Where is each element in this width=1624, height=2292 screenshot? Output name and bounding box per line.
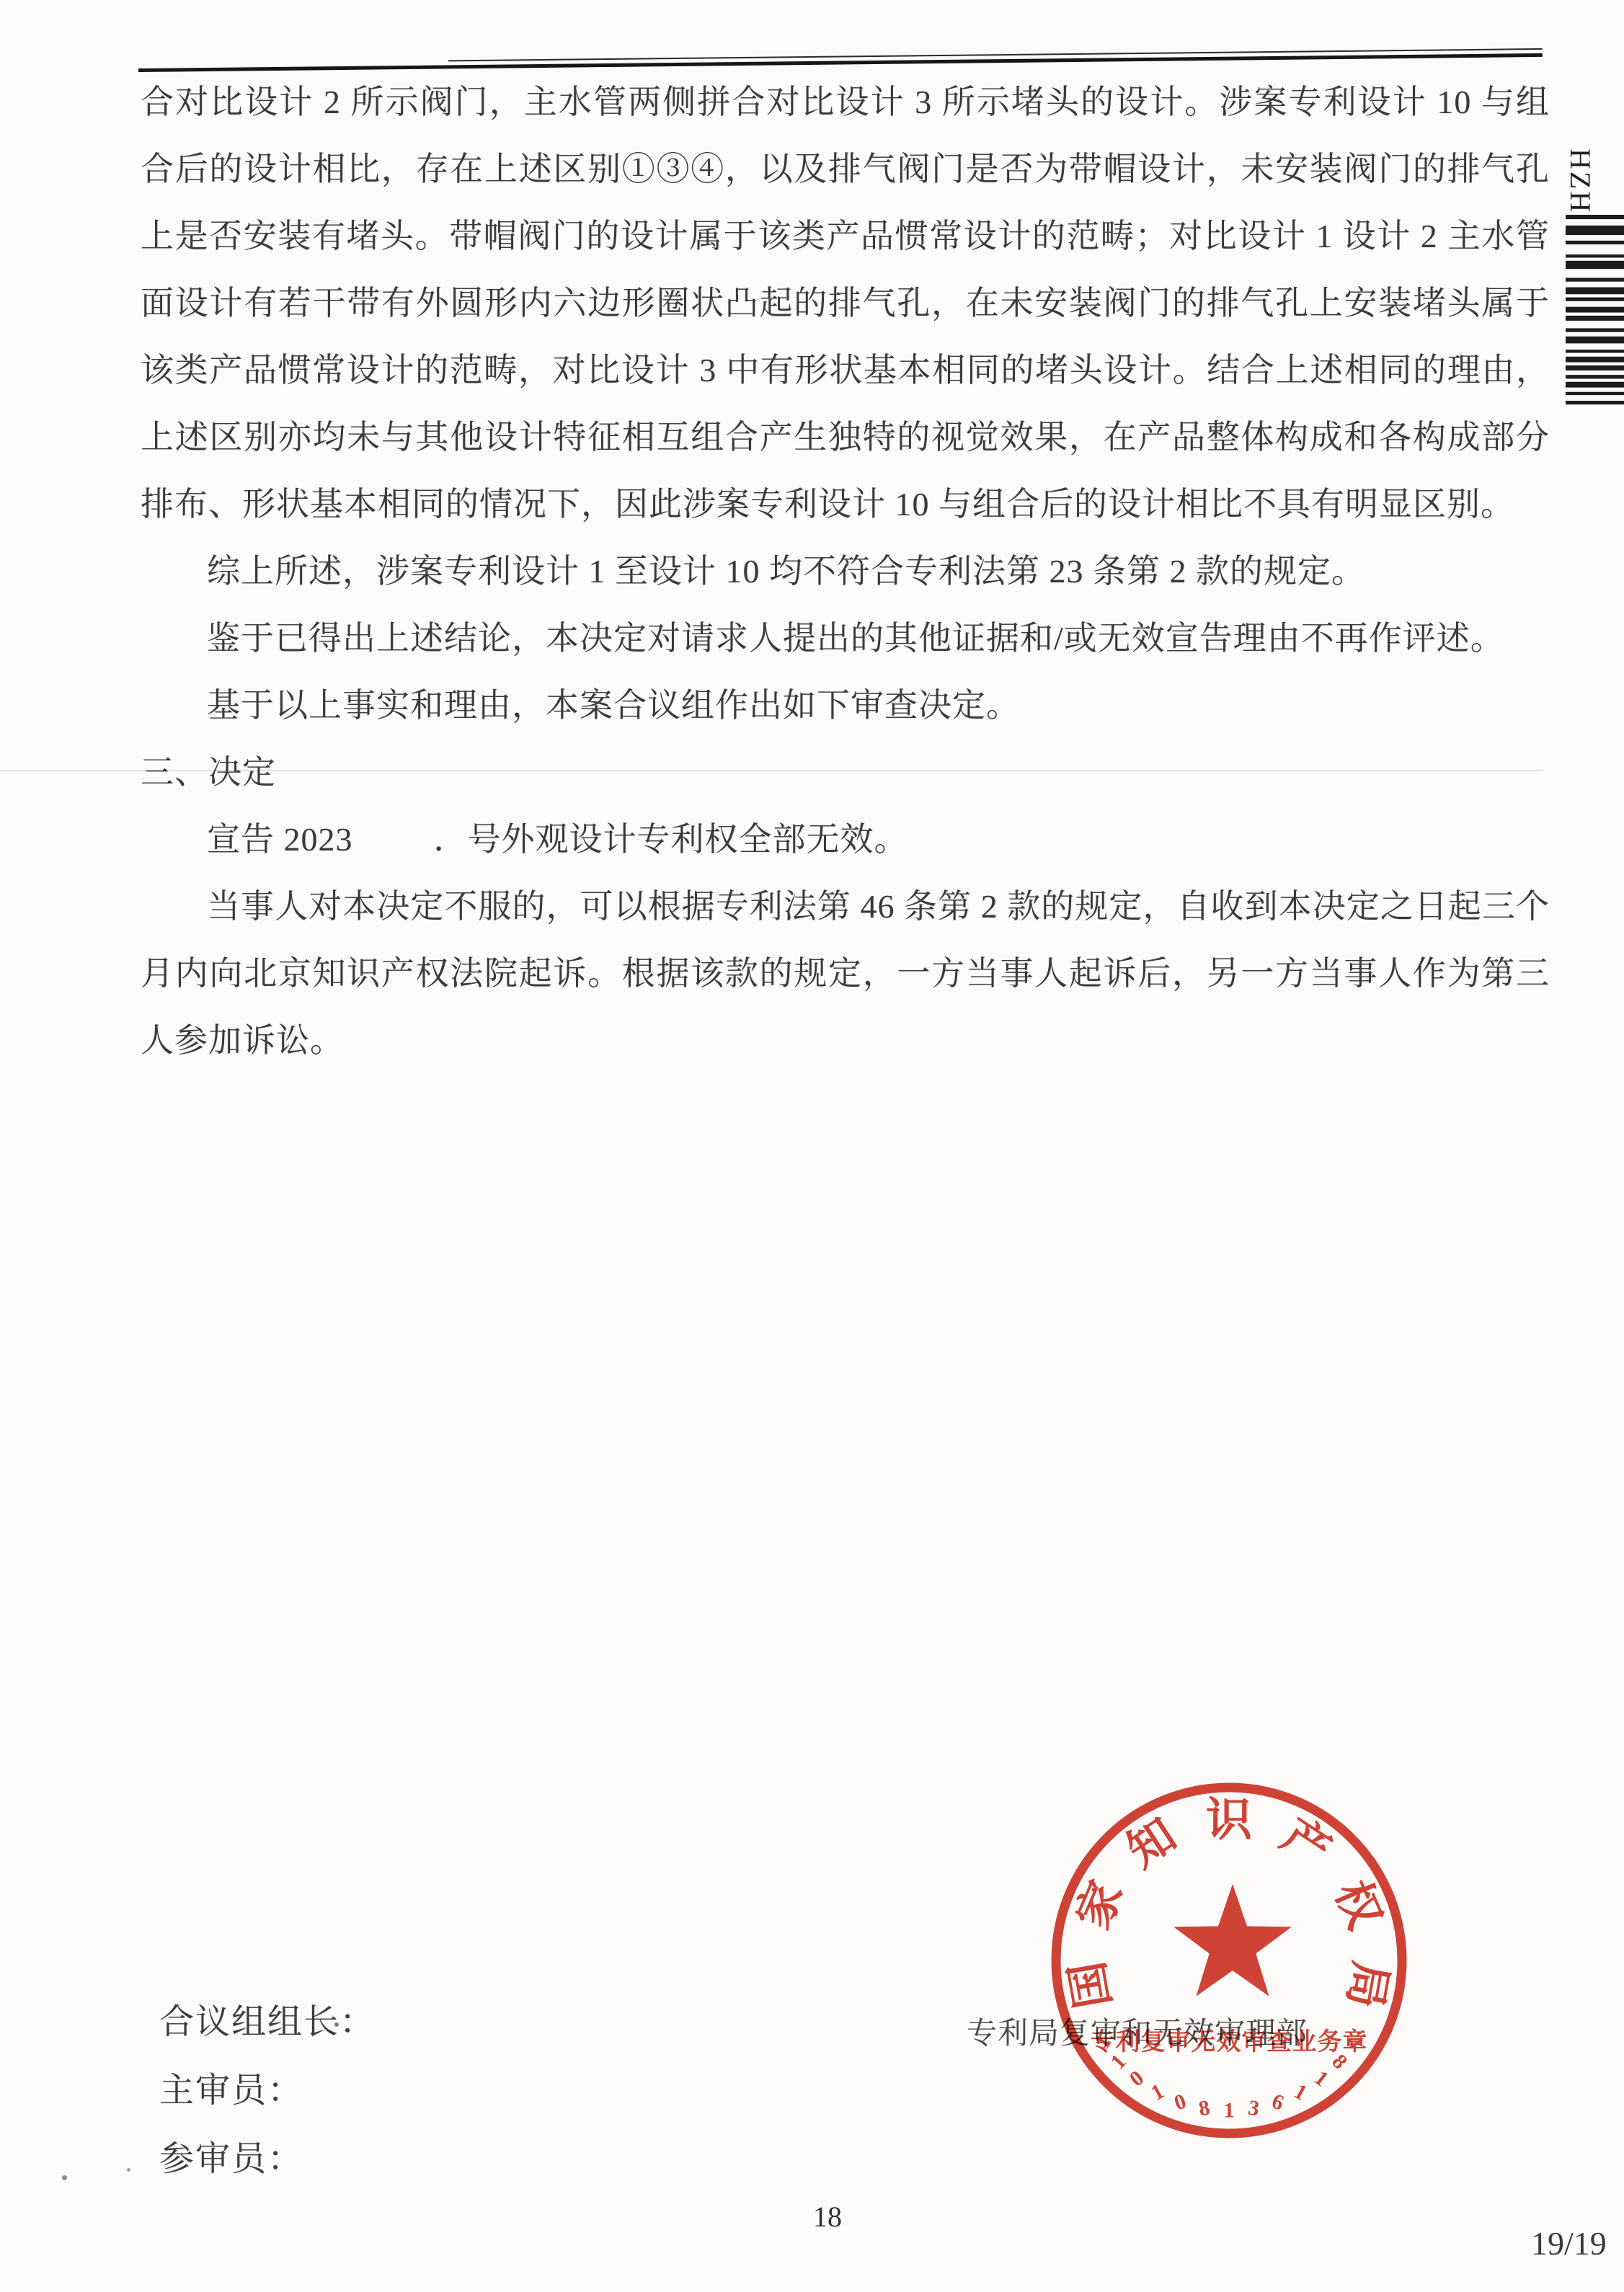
seal-business-text: 专利复审无效审查业务章	[1091, 2027, 1368, 2056]
svg-text:0: 0	[1125, 2066, 1148, 2091]
co-examiner-label: 参审员：	[159, 2125, 376, 2193]
page-number: 18	[813, 2200, 842, 2234]
svg-text:国: 国	[1061, 1958, 1119, 2012]
page-index: 19/19	[1531, 2224, 1607, 2262]
scanned-page: HZH 合对比设计 2 所示阀门，主水管两侧拼合对比设计 3 所示堵头的设计。涉…	[0, 0, 1624, 2292]
margin-scanner-code: HZH	[1563, 148, 1597, 214]
svg-text:1: 1	[1147, 2079, 1168, 2105]
svg-text:识: 识	[1206, 1795, 1254, 1846]
primary-examiner-label: 主审员：	[159, 2056, 376, 2125]
decision-prefix: 宣告 2023	[207, 821, 353, 858]
seal-star-icon	[1173, 1884, 1292, 1996]
scan-speck	[62, 2175, 67, 2180]
svg-text:1: 1	[1310, 2066, 1333, 2091]
svg-text:6: 6	[1269, 2089, 1287, 2115]
signature-block: 合议组组长： 主审员： 参审员：	[159, 1988, 376, 2193]
svg-text:3: 3	[1246, 2096, 1261, 2121]
svg-text:1: 1	[1224, 2099, 1235, 2123]
body-paragraph: 合对比设计 2 所示阀门，主水管两侧拼合对比设计 3 所示堵头的设计。涉案专利设…	[141, 68, 1550, 538]
svg-text:局: 局	[1338, 1958, 1396, 2012]
barcode	[1566, 215, 1624, 411]
svg-text:1: 1	[1290, 2079, 1311, 2105]
svg-text:0: 0	[1171, 2089, 1189, 2115]
scan-speck	[127, 2168, 130, 2172]
panel-head-label: 合议组组长：	[159, 1988, 376, 2056]
body-paragraph: 基于以上事实和理由，本案合议组作出如下审查决定。	[141, 672, 1550, 739]
body-paragraph: 当事人对本决定不服的，可以根据专利法第 46 条第 2 款的规定，自收到本决定之…	[141, 873, 1550, 1074]
decision-suffix: ．号外观设计专利权全部无效。	[434, 821, 908, 858]
decision-line: 宣告 2023．号外观设计专利权全部无效。	[141, 806, 1550, 873]
scan-speck	[334, 2022, 339, 2027]
body-paragraph: 综上所述，涉案专利设计 1 至设计 10 均不符合专利法第 23 条第 2 款的…	[141, 538, 1550, 605]
official-seal: 国家知识产权局 专利复审无效审查业务章 1101081361184	[1038, 1769, 1420, 2151]
svg-text:8: 8	[1197, 2096, 1212, 2121]
document-body: 合对比设计 2 所示阀门，主水管两侧拼合对比设计 3 所示堵头的设计。涉案专利设…	[141, 68, 1550, 1074]
body-paragraph: 鉴于已得出上述结论，本决定对请求人提出的其他证据和/或无效宣告理由不再作评述。	[141, 605, 1550, 672]
section-heading: 三、决定	[141, 739, 1550, 806]
